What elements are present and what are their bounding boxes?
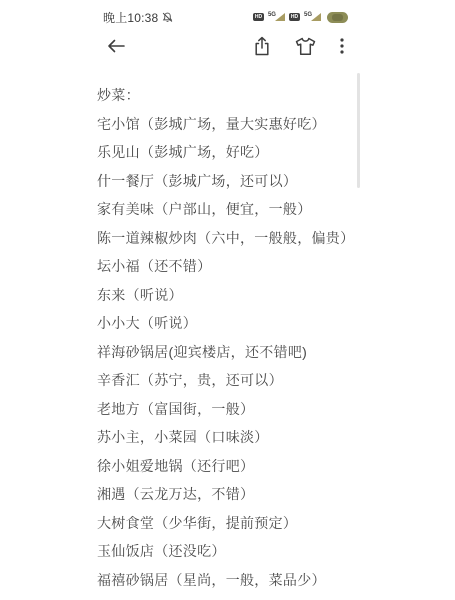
note-line[interactable]: 福禧砂锅居（星尚，一般，菜品少） (97, 566, 356, 595)
signal-sim1-icon: 5G (267, 13, 285, 21)
note-line[interactable]: 小小大（听说） (97, 309, 356, 338)
note-content[interactable]: 炒菜： 宅小馆（彭城广场，量大实惠好吃） 乐见山（彭城广场，好吃） 什一餐厅（彭… (85, 64, 370, 600)
back-button[interactable] (107, 39, 125, 53)
more-icon (340, 38, 344, 54)
note-line[interactable]: 玉仙饭店（还没吃） (97, 537, 356, 566)
note-line[interactable]: 湘遇（云龙万达，不错） (97, 480, 356, 509)
note-line[interactable]: 什一餐厅（彭城广场，还可以） (97, 167, 356, 196)
volte-hd-icon: HD (253, 13, 264, 21)
note-line[interactable]: 祥海砂锅居(迎宾楼店，还不错吧) (97, 338, 356, 367)
tshirt-theme-icon (295, 37, 316, 56)
clock: 晚上10:38 (103, 9, 158, 26)
signal-sim2-icon: 5G (303, 13, 321, 21)
note-line[interactable]: 徐小姐爱地锅（还行吧） (97, 452, 356, 481)
network-type-label: 5G (304, 12, 312, 18)
signal-triangle-icon (275, 13, 285, 21)
volte-hd-icon: HD (289, 13, 300, 21)
network-type-label: 5G (268, 12, 276, 18)
status-left: 晚上10:38 (103, 9, 173, 26)
status-bar: 晚上10:38 HD 5G HD 5G (85, 0, 370, 28)
signal-triangle-icon (311, 13, 321, 21)
share-button[interactable] (253, 36, 271, 56)
more-button[interactable] (340, 38, 344, 54)
note-line[interactable]: 陈一道辣椒炒肉（六中，一般般，偏贵） (97, 224, 356, 253)
theme-button[interactable] (295, 37, 316, 56)
note-line[interactable]: 大树食堂（少华街，提前预定） (97, 509, 356, 538)
share-icon (253, 36, 271, 56)
back-icon (107, 39, 125, 53)
note-line[interactable]: 苏小主，小菜园（口味淡） (97, 423, 356, 452)
battery-icon (327, 12, 348, 23)
note-line[interactable]: 炒菜： (97, 81, 356, 110)
scrollbar[interactable] (357, 73, 360, 188)
battery-level (332, 14, 343, 21)
note-line[interactable]: 东来（听说） (97, 281, 356, 310)
note-line[interactable]: 辛香汇（苏宁，贵，还可以） (97, 366, 356, 395)
note-line[interactable]: 乐见山（彭城广场，好吃） (97, 138, 356, 167)
screenshot-canvas: 晚上10:38 HD 5G HD 5G (0, 0, 455, 600)
nav-bar (85, 28, 370, 64)
status-right: HD 5G HD 5G (253, 12, 348, 23)
note-line[interactable]: 老地方（富国街，一般） (97, 395, 356, 424)
nav-actions (253, 36, 344, 56)
phone-screen: 晚上10:38 HD 5G HD 5G (85, 0, 370, 600)
note-line[interactable]: 宅小馆（彭城广场，量大实惠好吃） (97, 110, 356, 139)
note-line[interactable]: 家有美味（户部山，便宜，一般） (97, 195, 356, 224)
note-line[interactable]: 坛小福（还不错） (97, 252, 356, 281)
mute-icon (162, 12, 173, 23)
